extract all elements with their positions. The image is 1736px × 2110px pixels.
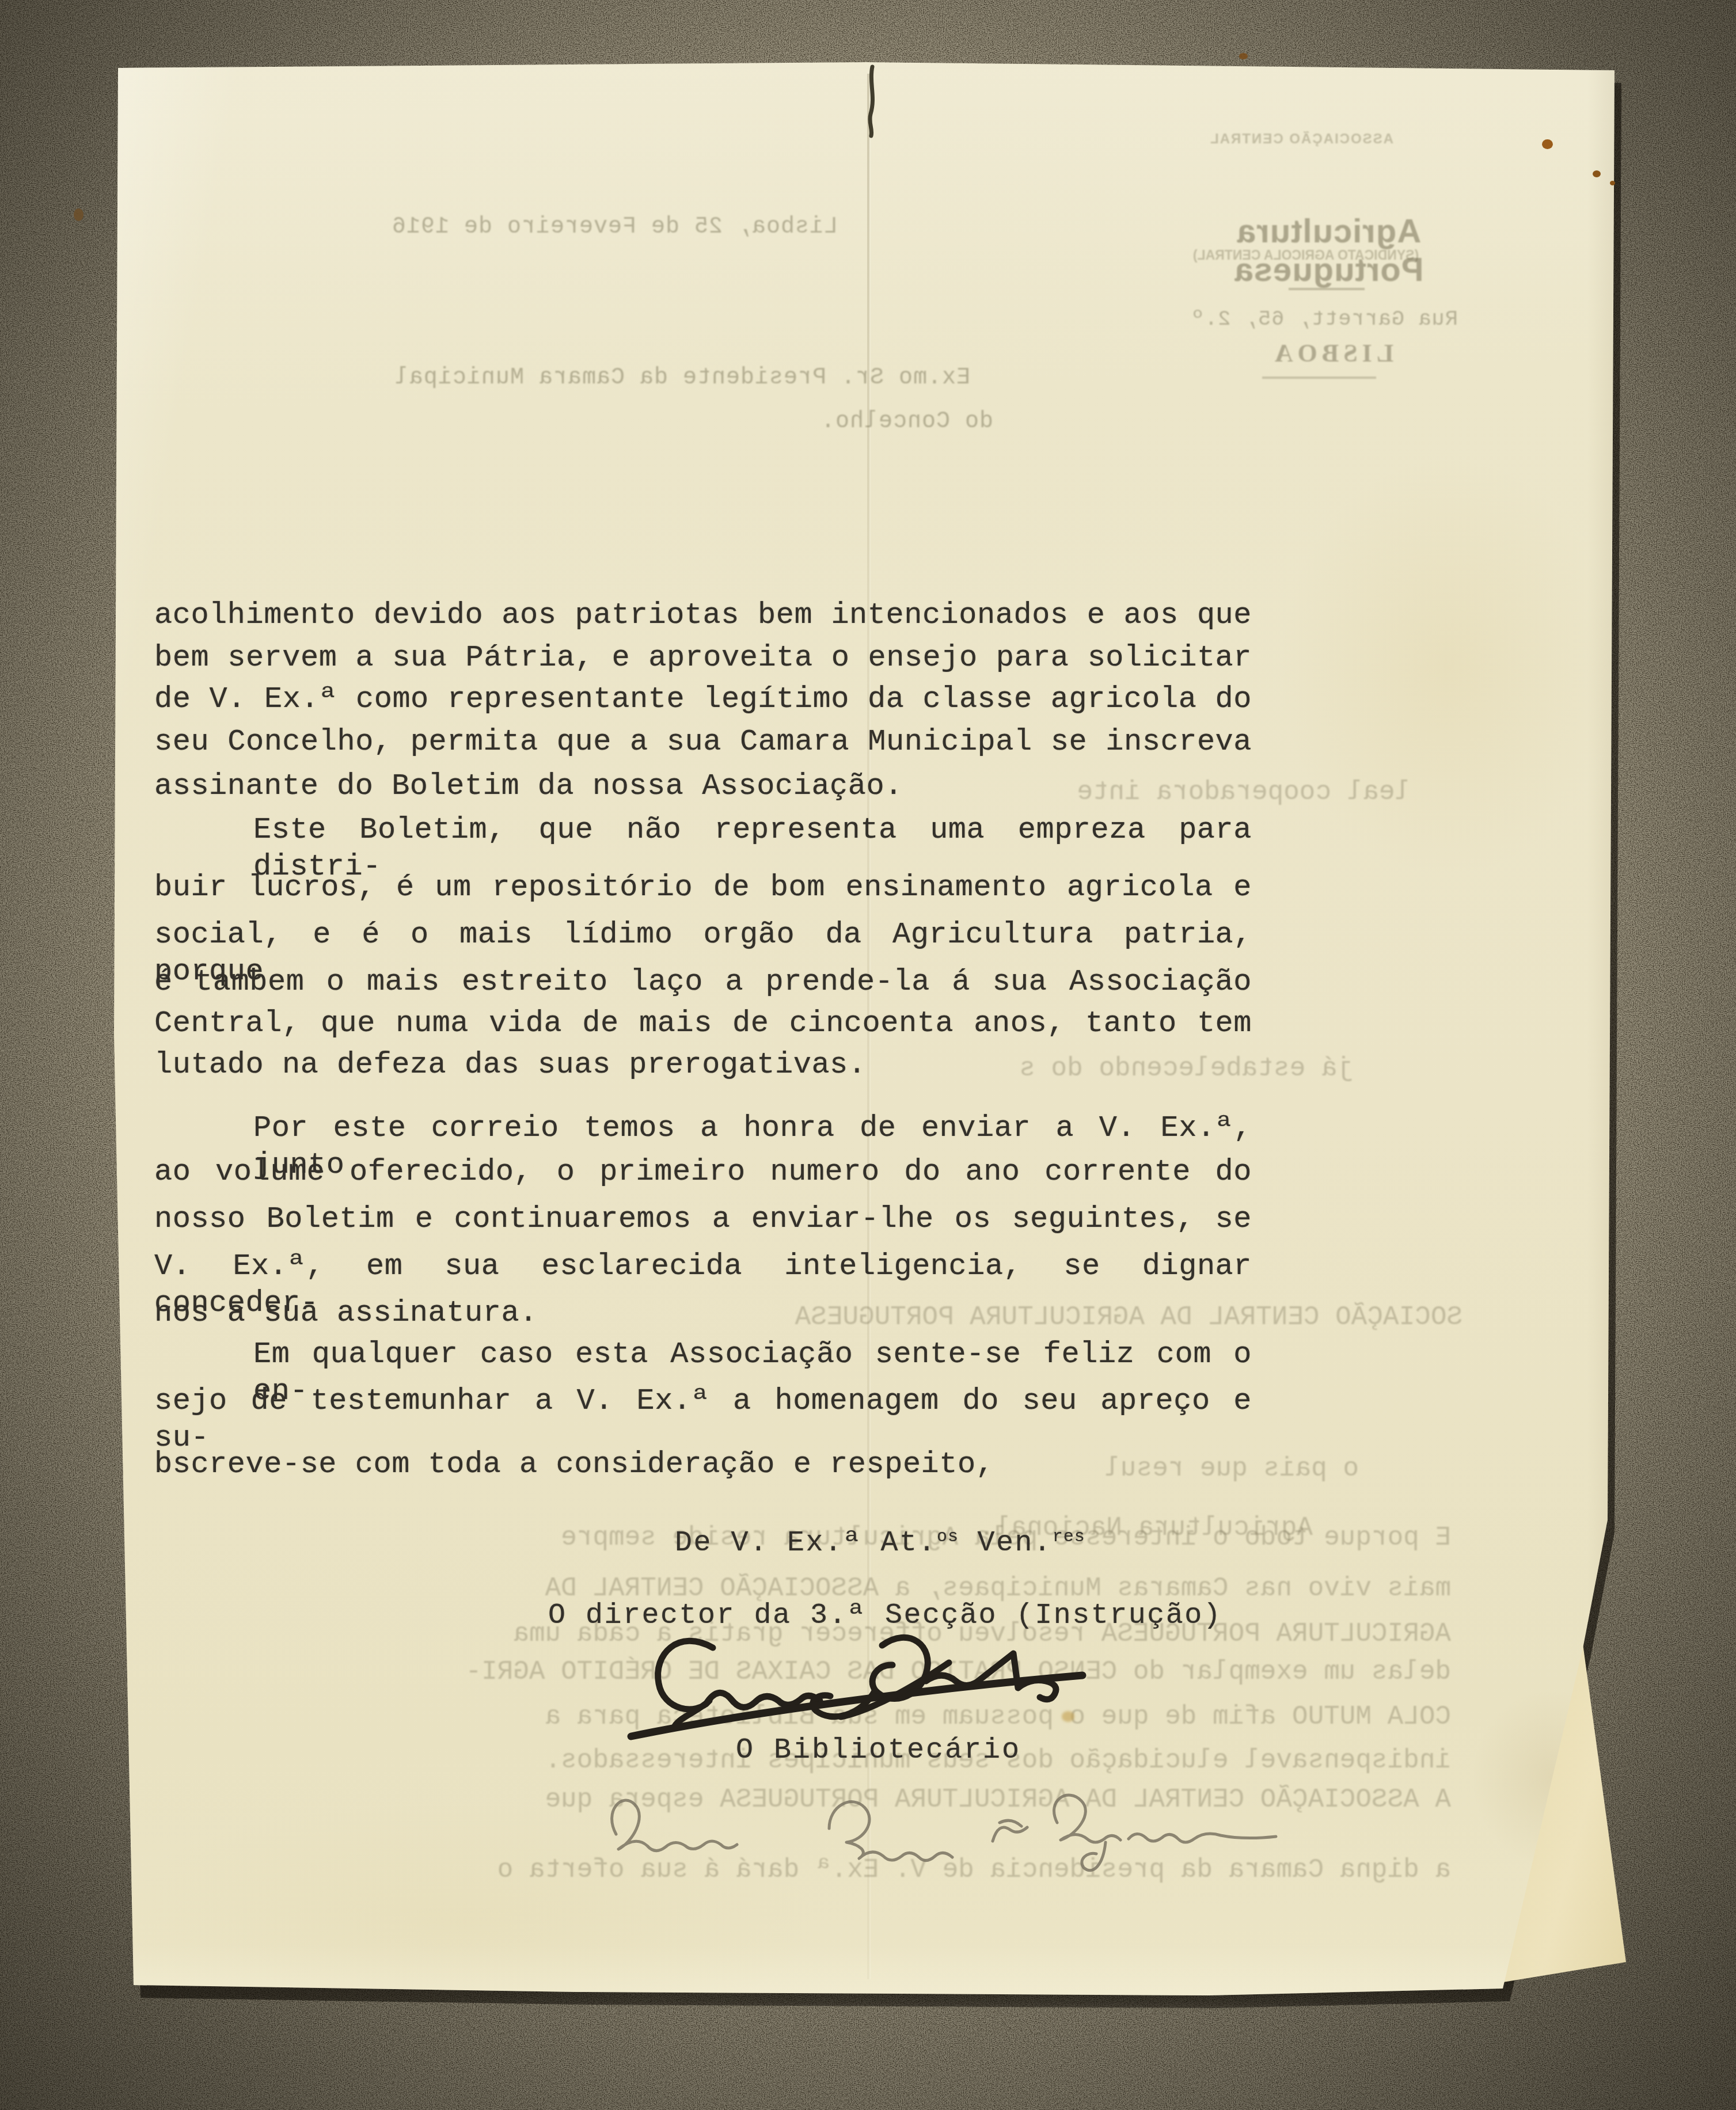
bleed-recipient-line-2: do Concelho.: [803, 409, 993, 435]
bleed-letterhead-subtitle: (SYNDICATO AGRICOLA CENTRAL): [1145, 248, 1467, 263]
bleed-date-line: Lisboa, 25 de Fevereiro de 1916: [196, 214, 838, 240]
bleed-letterhead-association: ASSOCIAÇÃO CENTRAL: [1129, 131, 1474, 147]
bleed-letterhead-address: Rua Garrett, 65, 2.º: [1163, 307, 1486, 332]
body-line: de V. Ex.ª como representante legítimo d…: [154, 681, 1252, 718]
top-edge-tear-mark: [860, 64, 885, 139]
stain-spot: [1062, 1711, 1074, 1722]
body-line: sejo de testemunhar a V. Ex.ª a homenage…: [154, 1383, 1252, 1457]
body-line: nosso Boletim e continuaremos a enviar-l…: [154, 1201, 1252, 1238]
body-line: nos a sua assinatura.: [154, 1295, 1252, 1332]
body-line: assinante do Boletim da nossa Associação…: [154, 768, 1252, 805]
body-line: bscreve-se com toda a consideração e res…: [154, 1446, 1252, 1483]
valediction-superscript: res: [1053, 1527, 1085, 1547]
body-line: é tambem o mais estreito laço a prende-l…: [154, 964, 1252, 1001]
body-line: Central, que numa vida de mais de cincoe…: [154, 1005, 1252, 1042]
body-line: bem servem a sua Pátria, e aproveita o e…: [154, 640, 1252, 676]
bleed-letterhead-rule: [1289, 288, 1365, 290]
valediction: De V. Ex.ª At.os Ven.res: [675, 1527, 1085, 1560]
body-line: ao volume oferecido, o primeiro numero d…: [154, 1154, 1252, 1191]
valediction-text: Ven.: [959, 1527, 1053, 1560]
foxing-speck: [1239, 53, 1248, 59]
director-signature: [610, 1625, 1140, 1746]
body-line: lutado na defeza das suas prerogativas.: [154, 1047, 1252, 1083]
body-line: seu Concelho, permita que a sua Camara M…: [154, 724, 1252, 761]
bleed-recipient-line-1: Ex.mo Sr. Presidente da Camara Municipal: [245, 365, 970, 391]
bleed-letterhead-rule-2: [1262, 377, 1376, 379]
bleed-letterhead-city: LISBOA: [1205, 339, 1458, 368]
foxing-speck: [1593, 170, 1601, 177]
felt-debris-speck: [74, 208, 83, 221]
body-line: buir lucros, é um repositório de bom ens…: [154, 869, 1252, 906]
body-line: acolhimento devido aos patriotas bem int…: [154, 597, 1252, 634]
librarian-signature: [597, 1786, 1316, 1878]
valediction-superscript: os: [937, 1527, 959, 1547]
scanned-letter-page: ASSOCIAÇÃO CENTRAL Agricultura Portugues…: [0, 0, 1736, 2110]
foxing-speck: [1610, 181, 1615, 185]
valediction-text: De V. Ex.ª At.: [675, 1527, 937, 1560]
foxing-speck: [1542, 139, 1553, 149]
